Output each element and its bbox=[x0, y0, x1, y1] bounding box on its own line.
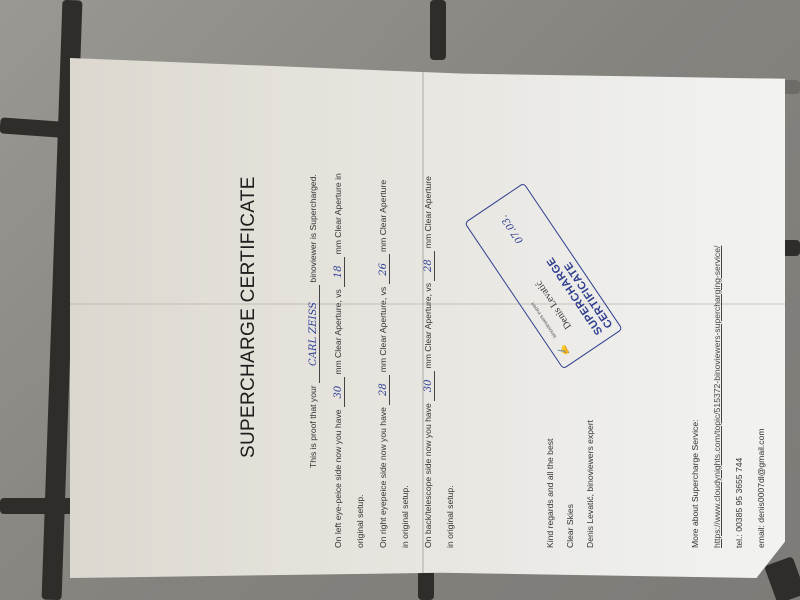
certificate-content: SUPERCHARGE CERTIFICATE This is proof th… bbox=[150, 108, 800, 588]
fabric-grid-line bbox=[0, 498, 75, 514]
fabric-grid-line bbox=[430, 0, 446, 60]
left-new-aperture: 30 bbox=[333, 377, 345, 407]
back-telescope-tail: in original setup. bbox=[445, 485, 455, 548]
contact-tel: tel.: 00385 95 3655 744 bbox=[734, 458, 744, 548]
closing-wish: Clear Skies bbox=[565, 504, 575, 548]
right-old-aperture: 26 bbox=[378, 254, 390, 284]
left-eyepiece-line: On left eye-peice side now you have 30 m… bbox=[333, 173, 345, 548]
contact-email: email: denis0007dl@gmail.com bbox=[756, 428, 766, 548]
left-eyepiece-tail: original setup. bbox=[355, 494, 365, 548]
right-eyepiece-tail: in original setup. bbox=[400, 485, 410, 548]
certificate-paper: SUPERCHARGE CERTIFICATE This is proof th… bbox=[70, 58, 785, 578]
certificate-title: SUPERCHARGE CERTIFICATE bbox=[238, 176, 260, 458]
closing-signature: Denis Levatić, binoviewers expert bbox=[585, 420, 595, 548]
binoviewer-name: CARL ZEISS bbox=[308, 285, 320, 383]
closing-regards: Kind regards and all the best bbox=[545, 439, 555, 548]
service-link[interactable]: https://www.cloudynights.com/topic/51537… bbox=[712, 246, 722, 548]
back-new-aperture: 30 bbox=[423, 371, 435, 401]
right-eyepiece-line: On right eyepeice side now you have 28 m… bbox=[378, 180, 390, 548]
intro-line: This is proof that your CARL ZEISS binov… bbox=[308, 174, 320, 468]
back-telescope-line: On back/telescope side now you have 30 m… bbox=[423, 176, 435, 548]
right-new-aperture: 28 bbox=[378, 375, 390, 405]
contact-heading: More about Supercharge Service: bbox=[690, 420, 700, 549]
left-old-aperture: 18 bbox=[333, 257, 345, 287]
back-old-aperture: 28 bbox=[423, 251, 435, 281]
stamp-signature: ✍ bbox=[558, 343, 573, 358]
